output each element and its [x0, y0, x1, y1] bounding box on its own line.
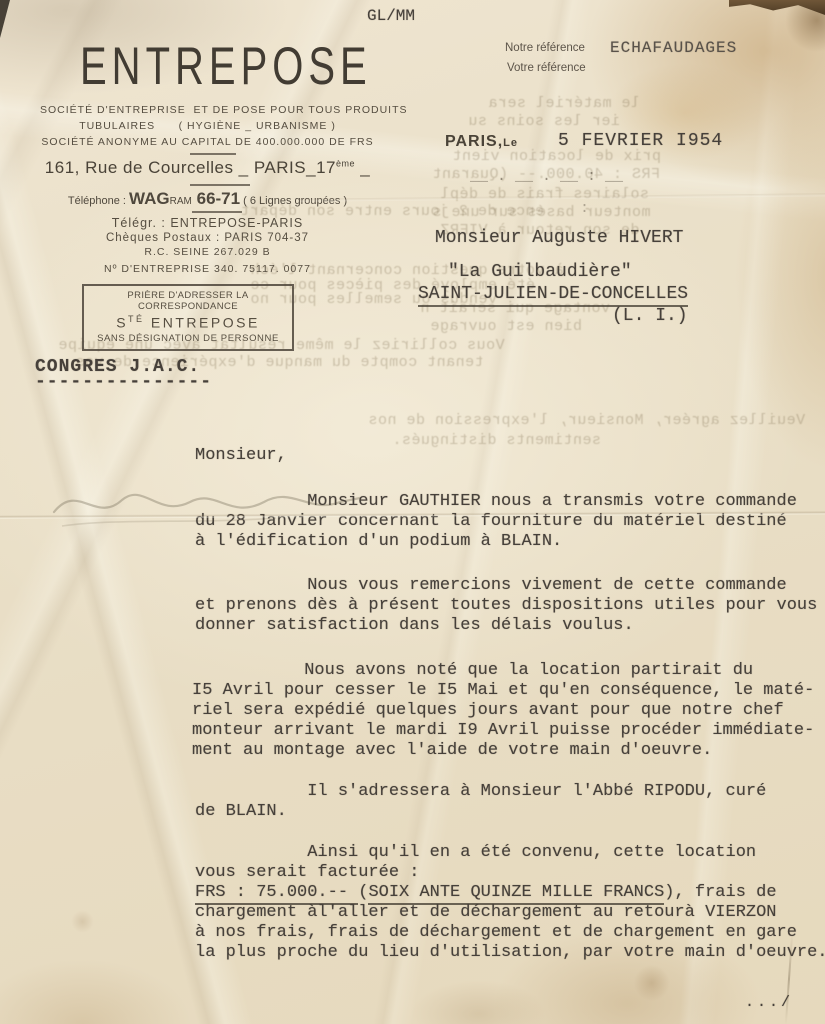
- letterhead-line2: TUBULAIRES ( HYGIÈNE _ URBANISME ): [40, 120, 375, 132]
- price-amount-underlined: FRS : 75.000.--: [195, 883, 358, 905]
- paragraph-4: Il s'adressera à Monsieur l'Abbé RIPODU,…: [195, 782, 766, 822]
- street-main: 161, Rue de Courcelles _ PARIS_17: [45, 158, 336, 177]
- subject-underline-dashes: ---------------: [35, 372, 212, 392]
- our-reference-label: Notre référence: [505, 42, 585, 54]
- trade-register-line: R.C. SEINE 267.029 B: [40, 246, 375, 258]
- correspondence-box: PRIÈRE D'ADRESSER LA CORRESPONDANCE STÉ …: [82, 284, 294, 351]
- price-line: FRS : 75.000.-- (SOIX ANTE QUINZE MILLE …: [195, 883, 777, 903]
- bleed-line: bien est ouvrage: [430, 318, 582, 335]
- typist-code: GL/MM: [367, 6, 415, 26]
- company-logo: ENTREPOSE: [80, 38, 345, 97]
- salutation: Monsieur,: [195, 446, 287, 466]
- dateline-le: Le: [503, 137, 518, 149]
- paragraph-5-intro: Ainsi qu'il en a été convenu, cette loca…: [195, 843, 756, 883]
- postal-account-line: Chèques Postaux : PARIS 704-37: [40, 232, 375, 244]
- ste-rest: ENTREPOSE: [145, 315, 260, 331]
- correspondence-box-line3: SANS DÉSIGNATION DE PERSONNE: [86, 333, 290, 344]
- dark-top-left-corner: [0, 0, 10, 38]
- bleed-line: ier les soins su: [468, 113, 620, 130]
- recipient-town-underlined: SAINT-JULIEN-DE-CONCELLES: [418, 284, 688, 307]
- recipient-place: "La Guilbaudière": [448, 262, 632, 282]
- street-tail: _: [355, 158, 370, 177]
- our-reference-value: ECHAFAUDAGES: [610, 38, 737, 58]
- dateline-place: PARIS,Le: [445, 133, 518, 151]
- price-words-underlined: SOIX ANTE QUINZE MILLE FRANCS: [368, 883, 664, 905]
- ste-prefix: S: [116, 315, 128, 331]
- phone-label: Téléphone :: [68, 195, 129, 207]
- letterhead-rule: [190, 153, 236, 155]
- correspondence-box-line1: PRIÈRE D'ADRESSER LA CORRESPONDANCE: [86, 290, 290, 312]
- letterhead-line3: SOCIÉTÉ ANONYME AU CAPITAL DE 400.000.00…: [40, 136, 375, 148]
- bleed-line: sentiments distingués.: [392, 432, 601, 449]
- street-address: 161, Rue de Courcelles _ PARIS_17ème _: [40, 158, 375, 178]
- bleed-line: Veuillez agréer, Monsieur, l'expression …: [368, 412, 805, 429]
- telegraph-line: Télégr. : ENTREPOSE-PARIS: [40, 216, 375, 230]
- dateline-date: 5 FEVRIER I954: [558, 131, 723, 151]
- price-paren-open: (: [358, 883, 368, 902]
- letterhead-line1: SOCIÉTÉ D'ENTREPRISE ET DE POSE POUR TOU…: [40, 104, 375, 116]
- street-sup: ème: [336, 158, 355, 168]
- torn-top-right-edge: [729, 0, 825, 15]
- phone-exchange-small: RAM: [170, 196, 192, 207]
- phone-exchange: WAG: [129, 189, 170, 208]
- upper-crease-line: [300, 193, 825, 201]
- letterhead-rule: [192, 211, 242, 213]
- bleed-line: monteur basés sur une s: [432, 204, 651, 221]
- recipient-name: Monsieur Auguste HIVERT: [435, 228, 683, 248]
- price-tail: ), frais de: [664, 883, 776, 902]
- letterhead-rule: [190, 184, 250, 186]
- bleed-line: le matériel sera: [488, 95, 640, 112]
- phone-number: 66-71: [192, 189, 240, 208]
- recipient-department: (L. I.): [612, 306, 688, 326]
- dateline-city: PARIS,: [445, 133, 503, 150]
- correspondence-box-line2: STÉ ENTREPOSE: [86, 314, 290, 331]
- your-reference-label: Votre référence: [507, 62, 586, 74]
- ghost-colon-mark: :: [580, 200, 589, 217]
- paragraph-3: Nous avons noté que la location partirai…: [192, 661, 814, 761]
- paragraph-1: Monsieur GAUTHIER nous a transmis votre …: [195, 492, 797, 552]
- ste-sup: TÉ: [128, 314, 145, 324]
- recipient-town: SAINT-JULIEN-DE-CONCELLES: [418, 284, 688, 304]
- paragraph-5-rest: chargement àl'aller et de déchargement a…: [195, 903, 825, 963]
- paragraph-2: Nous vous remercions vivement de cette c…: [195, 576, 817, 636]
- scanned-letter-page: le matériel sera ier les soins su prix d…: [0, 0, 825, 1024]
- enterprise-number-line: Nº D'ENTREPRISE 340. 75117. 0077: [40, 263, 375, 275]
- ghost-marks-row: __ . __ . __ : __: [470, 168, 623, 185]
